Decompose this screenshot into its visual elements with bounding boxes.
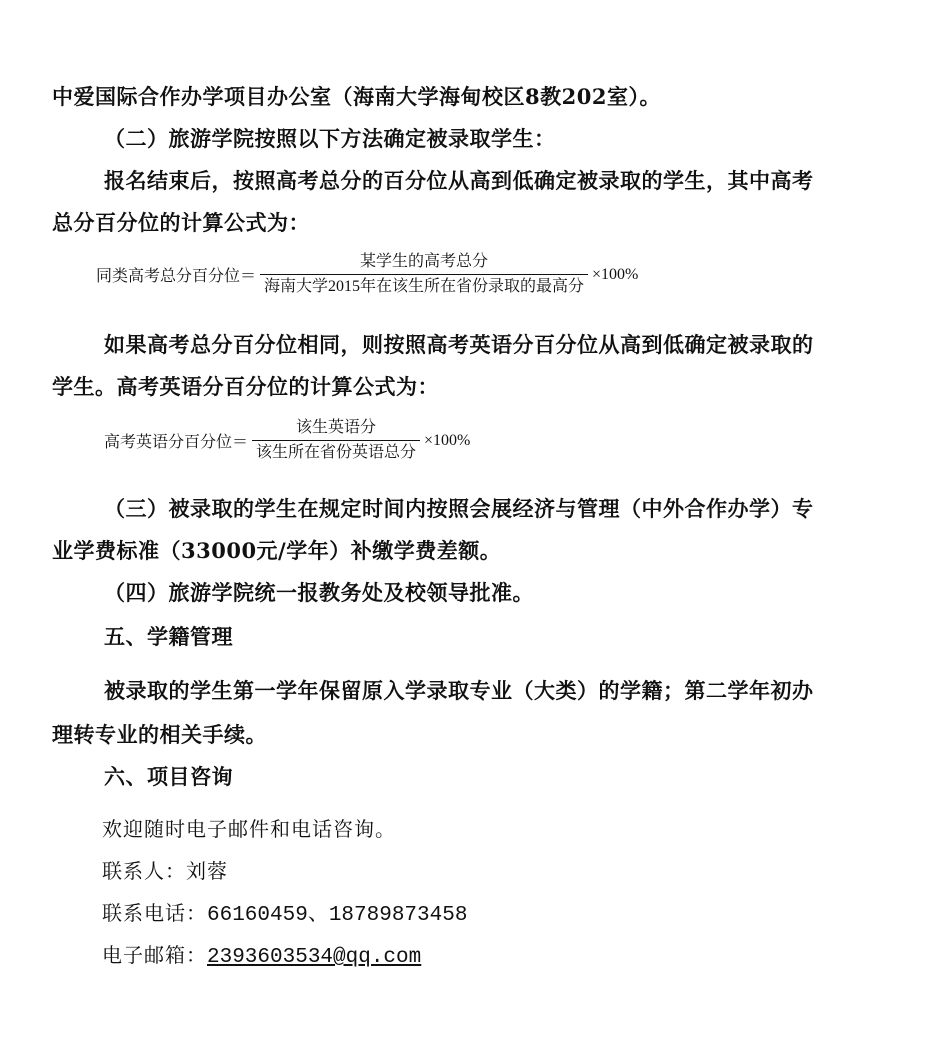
formula1-numerator: 某学生的高考总分 [356, 252, 492, 274]
contact-email-row: 电子邮箱：2393603534@qq.com [102, 940, 421, 973]
subsection-heading-2: （二）旅游学院按照以下方法确定被录取学生： [104, 124, 556, 154]
contact-person-name: 刘蓉 [186, 859, 228, 883]
section-heading-enrollment-management: 五、学籍管理 [104, 622, 233, 652]
contact-email-label: 电子邮箱： [102, 943, 207, 967]
contact-person-row: 联系人：刘蓉 [102, 856, 228, 886]
formula2-fraction: 该生英语分 该生所在省份英语总分 [252, 418, 420, 463]
formula-english-score-percentile: 高考英语分百分位＝ 该生英语分 该生所在省份英语总分 ×100% [104, 418, 470, 463]
formula-total-score-percentile: 同类高考总分百分位＝ 某学生的高考总分 海南大学2015年在该生所在省份录取的最… [96, 252, 638, 297]
formula2-multiplier: ×100% [424, 432, 470, 450]
paragraph-tiebreak-line1: 如果高考总分百分位相同，则按照高考英语分百分位从高到低确定被录取的 [104, 330, 814, 360]
document-page: 中爱国际合作办学项目办公室（海南大学海甸校区8教202室）。 （二）旅游学院按照… [0, 0, 945, 1039]
formula1-multiplier: ×100% [592, 266, 638, 284]
paragraph-enrollment-line1: 被录取的学生第一学年保留原入学录取专业（大类）的学籍；第二学年初办 [104, 676, 814, 706]
subsection-4: （四）旅游学院统一报教务处及校领导批准。 [104, 578, 534, 608]
subsection-3-line1: （三）被录取的学生在规定时间内按照会展经济与管理（中外合作办学）专 [104, 494, 814, 524]
subsection-3-line2: 业学费标准（33000元/学年）补缴学费差额。 [52, 536, 501, 566]
formula1-lhs: 同类高考总分百分位＝ [96, 263, 256, 286]
contact-phone-row: 联系电话：66160459、18789873458 [102, 898, 467, 931]
formula1-denominator: 海南大学2015年在该生所在省份录取的最高分 [260, 274, 588, 297]
contact-intro: 欢迎随时电子邮件和电话咨询。 [102, 814, 396, 844]
contact-email-link[interactable]: 2393603534@qq.com [207, 946, 421, 969]
formula2-denominator: 该生所在省份英语总分 [252, 440, 420, 463]
contact-phone-label: 联系电话： [102, 901, 207, 925]
paragraph-selection-method-line2: 总分百分位的计算公式为： [52, 208, 310, 238]
paragraph-office-location: 中爱国际合作办学项目办公室（海南大学海甸校区8教202室）。 [52, 82, 661, 112]
contact-phone-numbers: 66160459、18789873458 [207, 904, 467, 927]
paragraph-tiebreak-line2: 学生。高考英语分百分位的计算公式为： [52, 372, 439, 402]
formula1-fraction: 某学生的高考总分 海南大学2015年在该生所在省份录取的最高分 [260, 252, 588, 297]
paragraph-enrollment-line2: 理转专业的相关手续。 [52, 720, 267, 750]
formula2-numerator: 该生英语分 [292, 418, 380, 440]
paragraph-selection-method-line1: 报名结束后，按照高考总分的百分位从高到低确定被录取的学生，其中高考 [104, 166, 814, 196]
contact-person-label: 联系人： [102, 859, 186, 883]
formula2-lhs: 高考英语分百分位＝ [104, 429, 248, 452]
section-heading-consultation: 六、项目咨询 [104, 762, 233, 792]
